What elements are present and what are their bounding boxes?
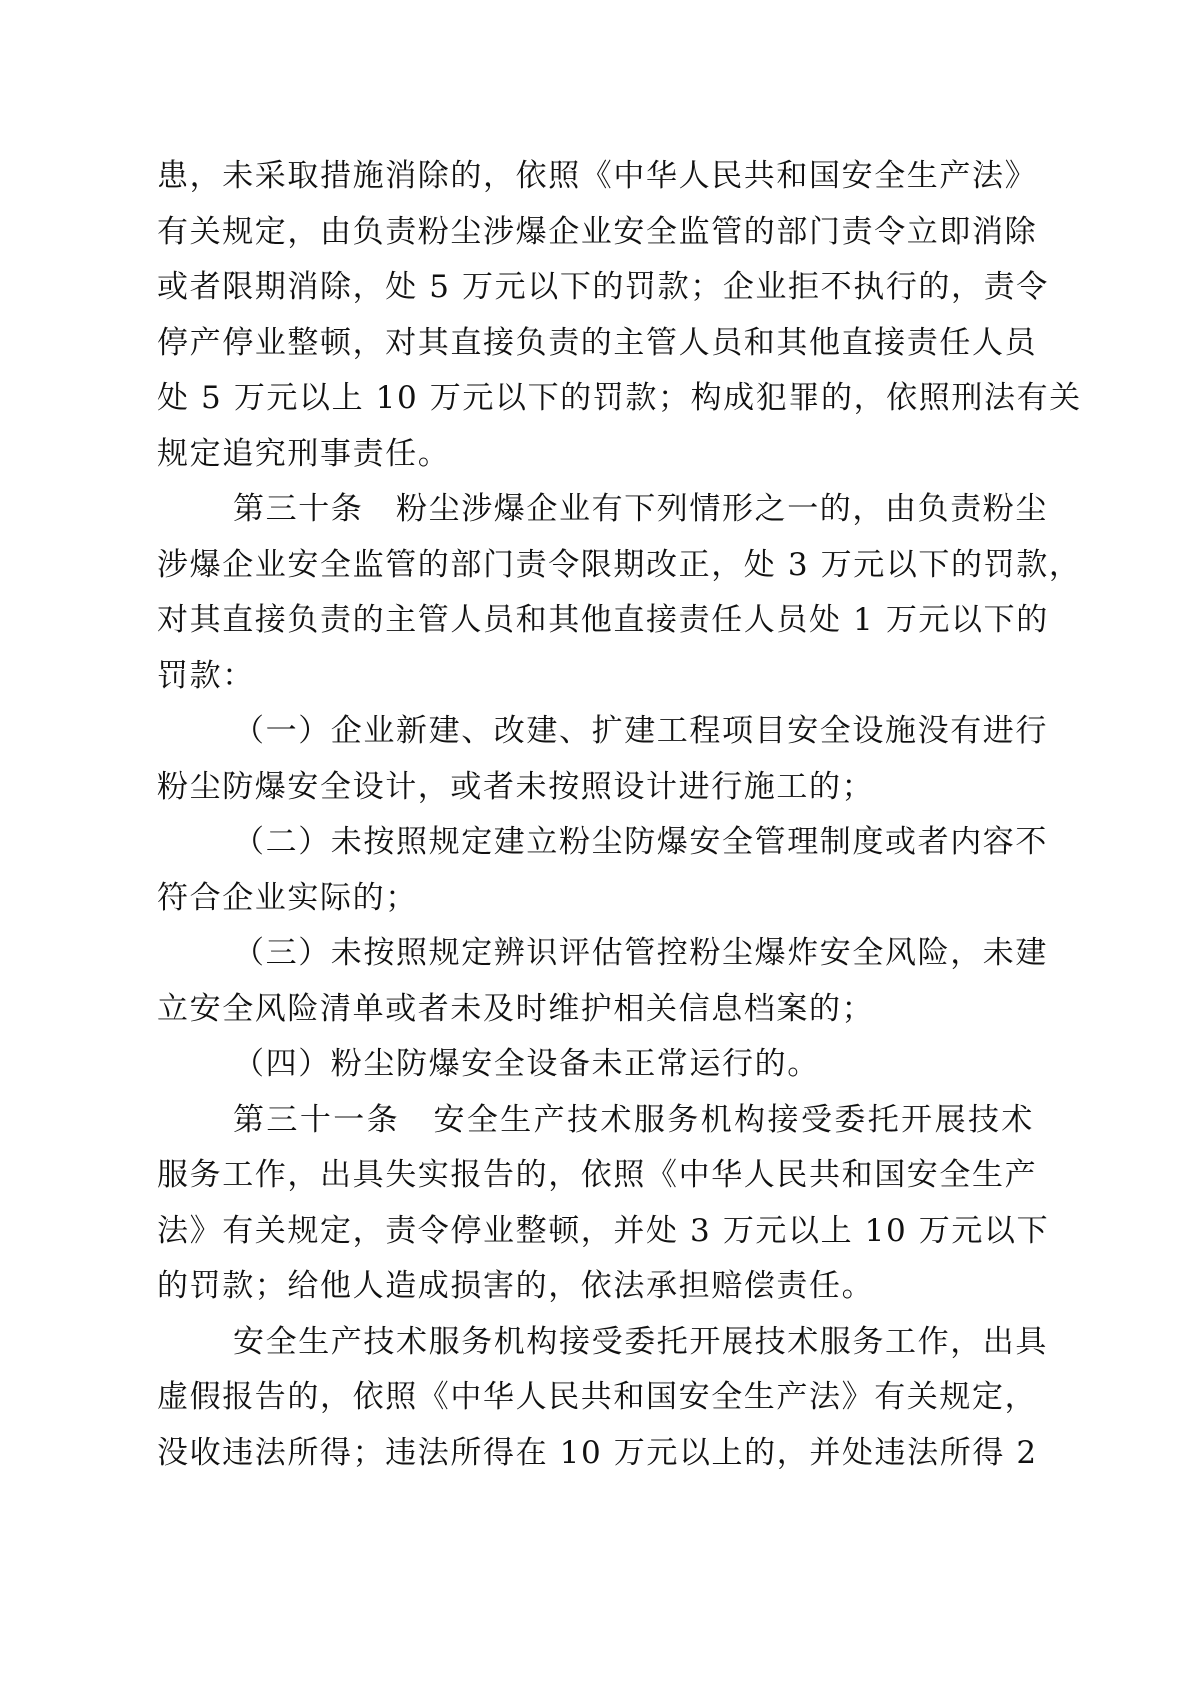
document-page: 患，未采取措施消除的，依照《中华人民共和国安全生产法》 有关规定，由负责粉尘涉爆… (0, 0, 1190, 1683)
list-item-3-line-2: 立安全风险清单或者未及时维护相关信息档案的； (157, 987, 1037, 1031)
text-line-5: 处 5 万元以上 10 万元以下的罚款；构成犯罪的，依照刑法有关 (157, 376, 1034, 420)
text-line-8: 涉爆企业安全监管的部门责令限期改正，处 3 万元以下的罚款， (157, 543, 1034, 587)
list-item-2-line-2: 符合企业实际的； (157, 876, 1037, 920)
text-line-4: 停产停业整顿，对其直接负责的主管人员和其他直接责任人员 (157, 321, 1034, 365)
text-line-1: 患，未采取措施消除的，依照《中华人民共和国安全生产法》 (157, 154, 1034, 198)
text-line-20: 法》有关规定，责令停业整顿，并处 3 万元以上 10 万元以下 (157, 1209, 1034, 1253)
list-item-1-line-1: （一）企业新建、改建、扩建工程项目安全设施没有进行 (233, 709, 1034, 753)
text-line-6: 规定追究刑事责任。 (157, 432, 1037, 476)
text-line-23: 虚假报告的，依照《中华人民共和国安全生产法》有关规定， (157, 1375, 1034, 1419)
text-line-10: 罚款： (157, 654, 1037, 698)
article-31-heading-line: 第三十一条 安全生产技术服务机构接受委托开展技术 (233, 1098, 1034, 1142)
article-30-heading-line: 第三十条 粉尘涉爆企业有下列情形之一的，由负责粉尘 (233, 487, 1034, 531)
list-item-3-line-1: （三）未按照规定辨识评估管控粉尘爆炸安全风险，未建 (233, 931, 1034, 975)
text-line-21: 的罚款；给他人造成损害的，依法承担赔偿责任。 (157, 1264, 1037, 1308)
paragraph-line-22: 安全生产技术服务机构接受委托开展技术服务工作，出具 (233, 1320, 1034, 1364)
text-line-9: 对其直接负责的主管人员和其他直接责任人员处 1 万元以下的 (157, 598, 1034, 642)
text-line-19: 服务工作，出具失实报告的，依照《中华人民共和国安全生产 (157, 1153, 1034, 1197)
text-line-2: 有关规定，由负责粉尘涉爆企业安全监管的部门责令立即消除 (157, 210, 1034, 254)
list-item-2-line-1: （二）未按照规定建立粉尘防爆安全管理制度或者内容不 (233, 820, 1034, 864)
list-item-1-line-2: 粉尘防爆安全设计，或者未按照设计进行施工的； (157, 765, 1037, 809)
list-item-4-line-1: （四）粉尘防爆安全设备未正常运行的。 (233, 1042, 1113, 1086)
text-line-3: 或者限期消除，处 5 万元以下的罚款；企业拒不执行的，责令 (157, 265, 1034, 309)
text-line-24: 没收违法所得；违法所得在 10 万元以上的，并处违法所得 2 (157, 1431, 1034, 1475)
